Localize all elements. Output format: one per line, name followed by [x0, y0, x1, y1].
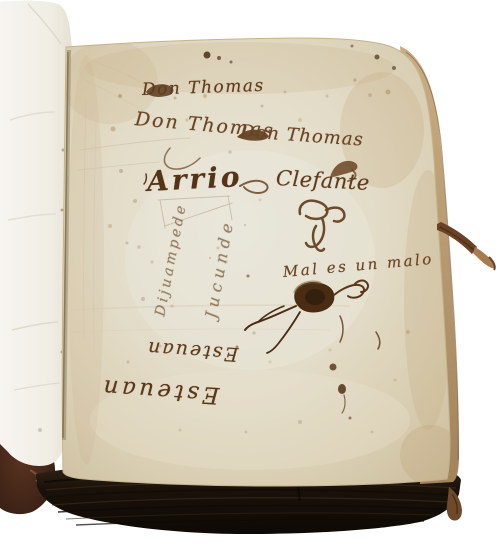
old-book-photo: Don Thomas Don Thomas Don Thomas Arrio C…: [0, 0, 500, 551]
vellum-cover: [0, 1, 72, 466]
book-illustration: [0, 0, 500, 551]
